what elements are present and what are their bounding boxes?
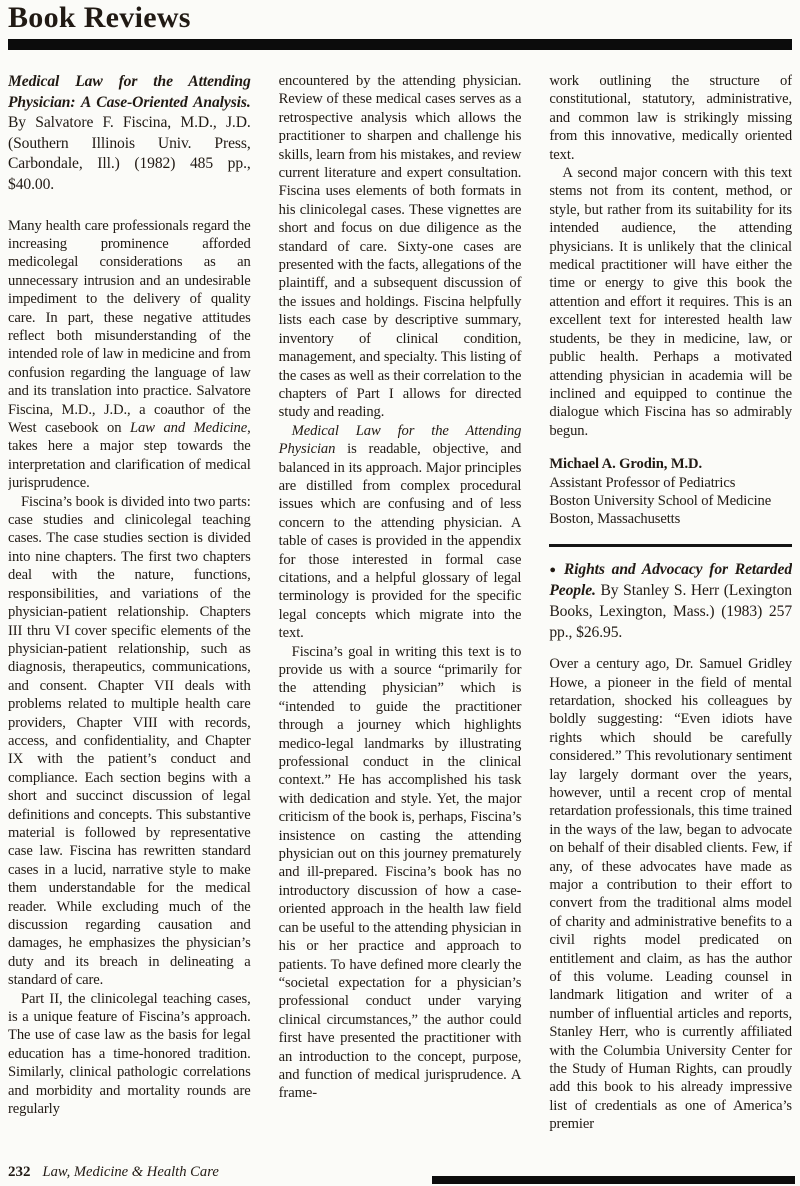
review1-citation: By Salvatore F. Fiscina, M.D., J.D. (Sou…	[8, 114, 251, 193]
page-header: Book Reviews	[8, 0, 792, 50]
review1-col1-paragraph-2: Fiscina’s book is divided into two parts…	[8, 493, 251, 990]
review1-col1-paragraph-1: Many health care professionals regard th…	[8, 217, 251, 493]
review1-col2-paragraph-2: Medical Law for the Attending Physician …	[279, 422, 522, 643]
paragraph-text: is readable, objective, and balanced in …	[279, 441, 522, 641]
header-rule-bar	[8, 39, 792, 50]
journal-title: Law, Medicine & Health Care	[43, 1164, 219, 1180]
review2-heading: ●Rights and Advocacy for Retarded People…	[549, 560, 792, 643]
journal-page: Book Reviews Medical Law for the Attendi…	[0, 0, 800, 1166]
footer-rule-bar	[432, 1176, 795, 1184]
page-number: 232	[8, 1164, 31, 1180]
column-2: encountered by the attending physician. …	[279, 72, 522, 1166]
book-title-italic: Law and Medicine	[130, 420, 247, 436]
reviewer-location: Boston, Massachusetts	[549, 510, 792, 528]
review1-col2-paragraph-1: encountered by the attending physician. …	[279, 72, 522, 422]
reviewer-signature-block: Michael A. Grodin, M.D. Assistant Profes…	[549, 455, 792, 529]
reviewer-institution: Boston University School of Medicine	[549, 492, 792, 510]
review1-heading: Medical Law for the Attending Physician:…	[8, 72, 251, 196]
review1-col2-paragraph-3: Fiscina’s goal in writing this text is t…	[279, 643, 522, 1103]
review2-paragraph-1: Over a century ago, Dr. Samuel Gridley H…	[549, 655, 792, 1134]
reviewer-name: Michael A. Grodin, M.D.	[549, 455, 792, 473]
paragraph-text: Many health care professionals regard th…	[8, 218, 251, 436]
reviewer-role: Assistant Professor of Pediatrics	[549, 474, 792, 492]
column-1: Medical Law for the Attending Physician:…	[8, 72, 251, 1166]
page-title: Book Reviews	[8, 0, 792, 36]
column-3: work outlining the structure of constitu…	[549, 72, 792, 1166]
review1-col3-paragraph-1: work outlining the structure of constitu…	[549, 72, 792, 164]
page-footer: 232Law, Medicine & Health Care	[8, 1163, 219, 1181]
review1-col3-paragraph-2: A second major concern with this text st…	[549, 164, 792, 440]
review1-title: Medical Law for the Attending Physician:…	[8, 73, 251, 111]
article-columns: Medical Law for the Attending Physician:…	[8, 72, 792, 1166]
review-divider-rule	[549, 544, 792, 547]
review1-col1-paragraph-3: Part II, the clinicolegal teaching cases…	[8, 990, 251, 1119]
bullet-icon: ●	[549, 564, 559, 576]
